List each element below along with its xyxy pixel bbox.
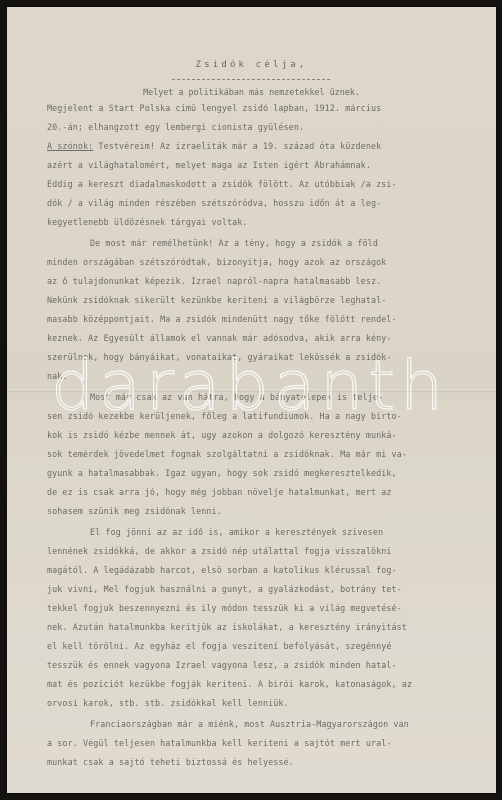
text-line: Most már csak az van hátra, hogy a bánya…: [90, 392, 383, 402]
text-line: mat és poziciót kezükbe fogják keriteni.…: [47, 679, 412, 689]
text-line: keznek. Az Egyesült államok el vannak má…: [47, 333, 392, 343]
text-line: sohasem szünik meg zsidónak lenni.: [47, 506, 222, 516]
text-line: magától. A legádázabb harcot, elsö sorba…: [47, 565, 397, 575]
text-line: El fog jönni az az idő is, amikor a kere…: [90, 527, 383, 537]
text-line: el kell törölni. Az egyház el fogja vesz…: [47, 641, 392, 651]
text-line: lennének zsidókká, de akkor a zsidó nép …: [47, 546, 392, 556]
text-line: kegyetlenebb üldözésnek tárgyai voltak.: [47, 217, 248, 227]
text-line: nek. Azután hatalmunkba keritjük az isko…: [47, 622, 407, 632]
text-line: gyunk a hatalmasabbak. Igaz ugyan, hogy …: [47, 468, 397, 478]
text-line: szerülnek, hogy bányáikat, vonataikat, g…: [47, 352, 392, 362]
text-line: nak.: [47, 371, 68, 381]
text-line: orvosi karok, stb. stb. zsidókkal kell l…: [47, 698, 289, 708]
text-line: Eddig a kereszt diadalmaskodott a zsidók…: [47, 179, 397, 189]
text-line: dók / a világ minden részében szétszóród…: [47, 198, 381, 208]
text-line: de ez is csak arra jó, hogy még jobban n…: [47, 487, 392, 497]
document-page: Zsidók célja, Melyet a politikában más n…: [7, 7, 496, 793]
text-line: 20.-án; elhangzott egy lembergi cionista…: [47, 122, 304, 132]
text-line: Nekünk zsidóknak sikerült kezünkbe kerit…: [47, 295, 386, 305]
text-line: Franciaországban már a miénk, most Auszt…: [90, 719, 409, 729]
text-line: A szónok: Testvéreim! Az izraeliták már …: [47, 141, 381, 151]
text-line: juk vivni, Mel fogjuk használni a gunyt,…: [47, 584, 402, 594]
text-line: kok is zsidó kézbe mennek át, ugy azokon…: [47, 430, 397, 440]
text-line: munkat csak a sajtó teheti biztossá és h…: [47, 757, 294, 767]
text-line: minden országában szétszóródtak, bizonyi…: [47, 257, 386, 267]
text-line: tekkel fogjuk beszennyezni és ily módon …: [47, 603, 402, 613]
text-line: a sor. Végül teljesen hatalmunkba kell k…: [47, 738, 392, 748]
text-line: sok temérdek jövedelmet fognak szolgálta…: [47, 449, 407, 459]
text-line: tesszük és ennek vagyona Izrael vagyona …: [47, 660, 397, 670]
text-line: De most már remélhetünk! Az a tény, hogy…: [90, 238, 378, 248]
text-line: sen zsidó kezekbe kerüljenek, főleg a la…: [47, 411, 402, 421]
text-span: Testvéreim! Az izraeliták már a 19. száz…: [93, 141, 381, 151]
text-line: azért a világhatalomért, melyet maga az …: [47, 160, 371, 170]
document-subtitle: Melyet a politikában más nemzetekkel űzn…: [7, 87, 496, 97]
text-line: masabb középpontjait. Ma a zsidók minden…: [47, 314, 397, 324]
speaker-label: A szónok:: [47, 141, 93, 151]
text-line: Megjelent a Start Polska cimü lengyel zs…: [47, 103, 381, 113]
title-underline: [172, 79, 330, 80]
text-line: az ő tulajdonunkat képezik. Izrael napró…: [47, 276, 381, 286]
document-title: Zsidók célja,: [7, 60, 496, 70]
